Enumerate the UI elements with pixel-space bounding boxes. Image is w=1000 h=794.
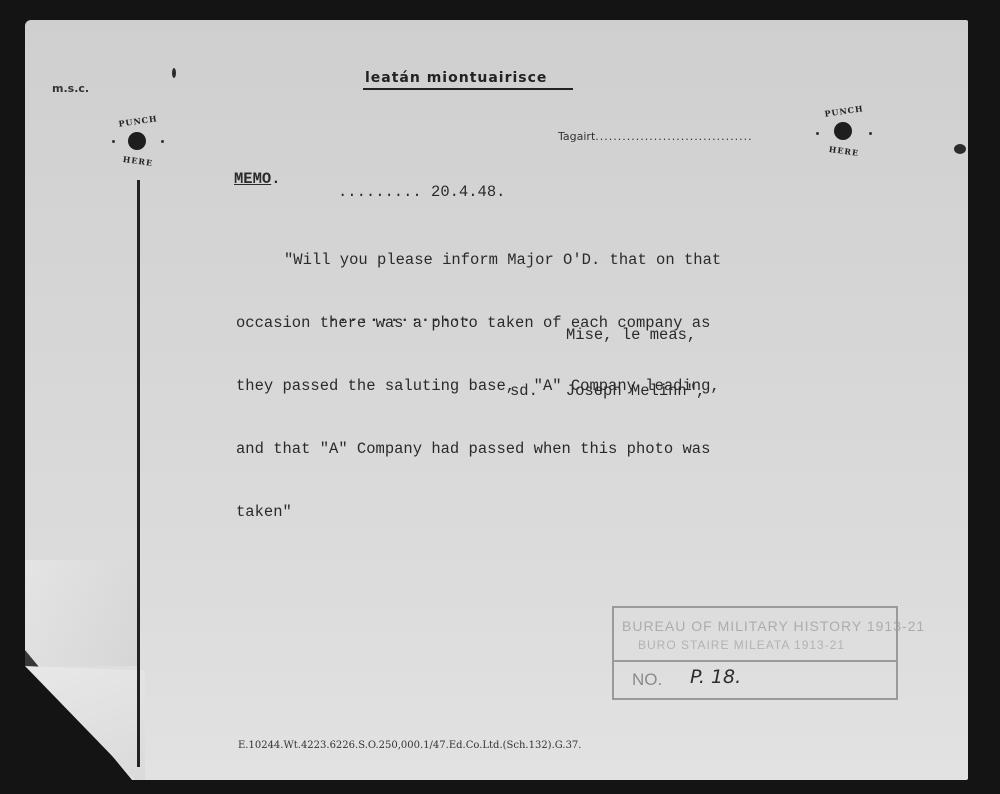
- dot-icon: [112, 140, 115, 143]
- memo-date: ......... 20.4.48.: [338, 183, 505, 201]
- punch-label: PUNCH: [814, 102, 875, 120]
- folded-corner: [25, 666, 145, 780]
- stamp-number-value: P. 18.: [690, 666, 741, 688]
- memo-label-suffix: .: [271, 170, 280, 188]
- stamp-number-label: NO.: [632, 670, 662, 690]
- ink-blot-icon: [172, 68, 176, 78]
- separator-dots: ..............: [328, 308, 472, 326]
- archive-stamp: BUREAU OF MILITARY HISTORY 1913-21 BURO …: [612, 606, 898, 700]
- memo-label: MEMO: [234, 170, 271, 188]
- dot-icon: [161, 140, 164, 143]
- punch-here-marker-left: PUNCH HERE: [108, 112, 168, 172]
- margin-rule: [137, 180, 140, 767]
- punch-hole-icon: [834, 122, 852, 140]
- stamp-line-2: BURO STAIRE MILEATA 1913-21: [638, 638, 845, 652]
- dot-icon: [869, 132, 872, 135]
- ink-blot-icon: [954, 144, 966, 154]
- here-label: HERE: [814, 142, 875, 160]
- stamp-divider: [614, 660, 896, 662]
- reference-label: Tagairt: [558, 130, 595, 143]
- stamp-line-1: BUREAU OF MILITARY HISTORY 1913-21: [622, 618, 925, 634]
- memo-body: "Will you please inform Major O'D. that …: [236, 208, 721, 544]
- punch-here-marker-right: PUNCH HERE: [814, 102, 874, 162]
- dot-icon: [816, 132, 819, 135]
- signature: sd. Joseph Melinn",: [510, 382, 705, 400]
- here-label: HERE: [108, 152, 169, 170]
- punch-hole-icon: [128, 132, 146, 150]
- reference-dots: ...................................: [595, 130, 752, 143]
- closing-salutation: Mise, le meas,: [566, 326, 696, 344]
- body-line: taken": [236, 502, 721, 523]
- punch-label: PUNCH: [108, 112, 169, 130]
- letterhead-underline: [363, 88, 573, 90]
- memo-heading: MEMO.: [234, 170, 281, 188]
- print-code: E.10244.Wt.4223.6226.S.O.250,000.1/47.Ed…: [238, 740, 581, 751]
- body-line: and that "A" Company had passed when thi…: [236, 439, 721, 460]
- reference-field: Tagairt.................................…: [558, 130, 753, 143]
- body-line: "Will you please inform Major O'D. that …: [236, 250, 721, 271]
- letterhead-title: Leatán Miontuairisce: [365, 70, 547, 86]
- page-fold-shadow: [25, 560, 140, 666]
- reference-code: m.s.c.: [52, 82, 89, 95]
